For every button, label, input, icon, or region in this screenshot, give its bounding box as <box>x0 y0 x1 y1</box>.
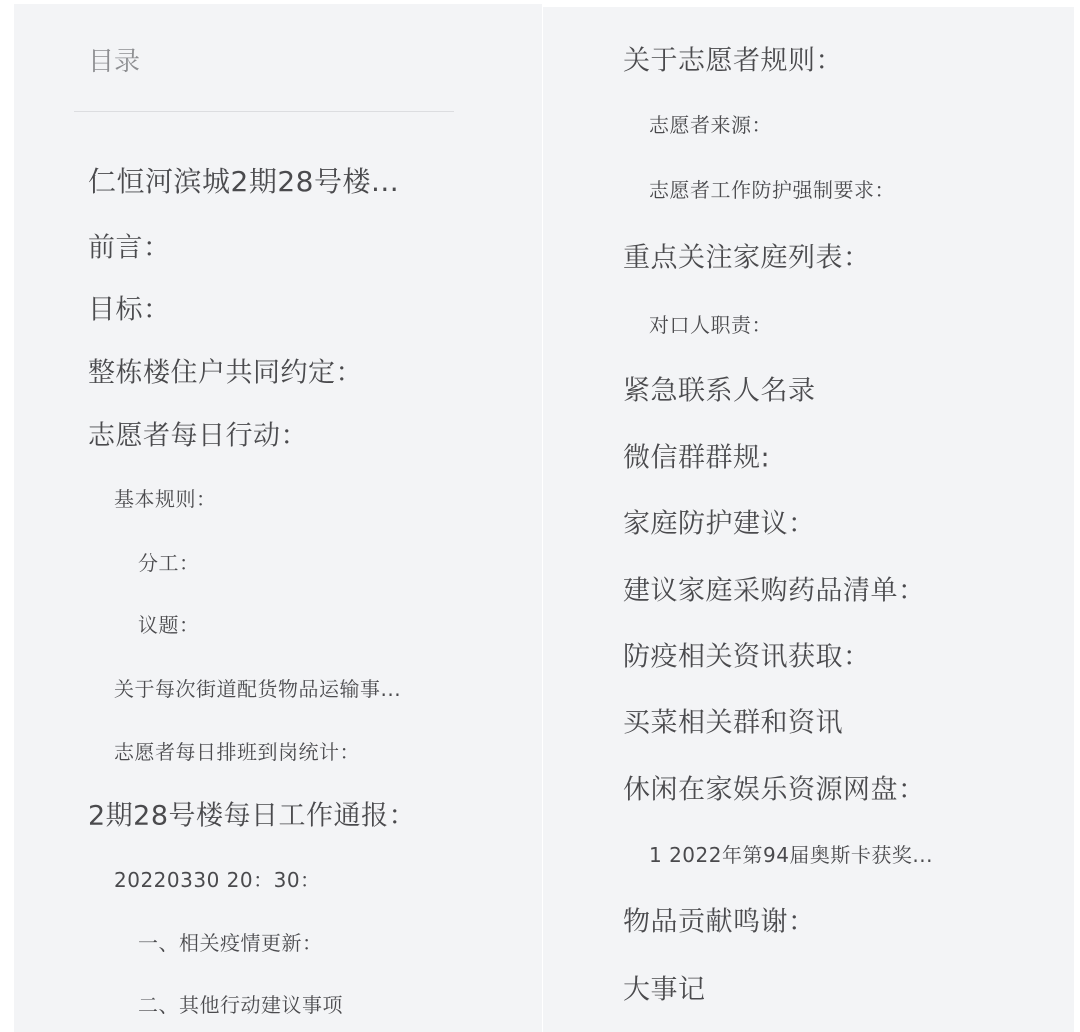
toc-item[interactable]: 分工： <box>138 553 200 573</box>
toc-item[interactable]: 建议家庭采购药品清单： <box>623 578 926 605</box>
toc-item[interactable]: 志愿者每日排班到岗统计： <box>114 742 360 762</box>
toc-item[interactable]: 基本规则： <box>114 489 217 509</box>
toc-item[interactable]: 志愿者工作防护强制要求： <box>649 180 895 200</box>
toc-item[interactable]: 整栋楼住户共同约定： <box>88 360 363 387</box>
toc-item[interactable]: 买菜相关群和资讯 <box>623 710 843 737</box>
toc-item[interactable]: 20220330 20：30： <box>114 870 321 890</box>
toc-item[interactable]: 物品贡献鸣谢： <box>623 909 816 936</box>
toc-item[interactable]: 仁恒河滨城2期28号楼... <box>88 168 399 196</box>
toc-item[interactable]: 家庭防护建议： <box>623 511 816 538</box>
toc-item[interactable]: 对口人职责： <box>649 315 772 335</box>
toc-item[interactable]: 1 2022年第94届奥斯卡获奖... <box>649 845 933 865</box>
toc-heading: 目录 <box>88 49 140 75</box>
toc-item[interactable]: 休闲在家娱乐资源网盘： <box>623 777 926 804</box>
toc-item[interactable]: 志愿者来源： <box>649 115 772 135</box>
toc-divider <box>74 111 454 112</box>
toc-item[interactable]: 防疫相关资讯获取： <box>623 644 871 671</box>
toc-item[interactable]: 关于每次街道配货物品运输事... <box>114 679 401 699</box>
toc-item[interactable]: 一、相关疫情更新： <box>138 933 323 953</box>
toc-item[interactable]: 目标： <box>88 297 171 324</box>
toc-item[interactable]: 紧急联系人名录 <box>623 378 816 405</box>
toc-item[interactable]: 微信群群规: <box>623 445 770 472</box>
toc-item[interactable]: 前言： <box>88 235 171 262</box>
toc-item[interactable]: 大事记 <box>623 977 706 1004</box>
toc-item[interactable]: 2期28号楼每日工作通报： <box>88 803 416 830</box>
toc-item[interactable]: 重点关注家庭列表： <box>623 245 871 272</box>
toc-item[interactable]: 议题： <box>138 615 200 635</box>
toc-item[interactable]: 二、其他行动建议事项 <box>138 995 343 1015</box>
toc-item[interactable]: 关于志愿者规则： <box>623 48 843 75</box>
toc-item[interactable]: 志愿者每日行动： <box>88 423 308 450</box>
